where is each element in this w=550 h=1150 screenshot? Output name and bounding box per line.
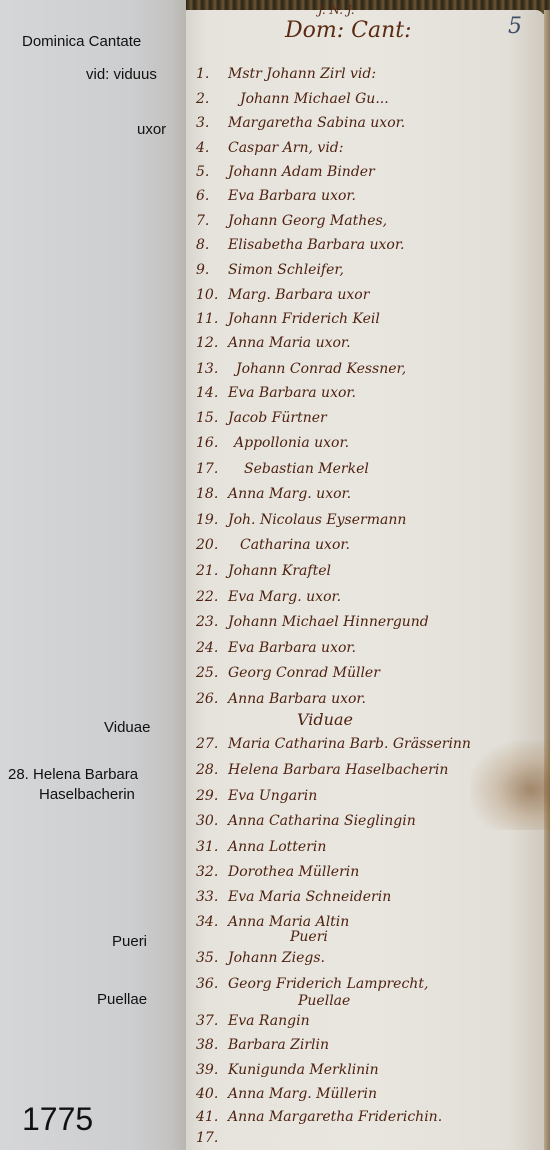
- entry-number: 13.: [196, 361, 228, 377]
- entry-text: Eva Ungarin: [228, 788, 317, 804]
- entry-number: 12.: [196, 335, 228, 351]
- entry-text: Eva Rangin: [228, 1013, 310, 1029]
- entry-text: Anna Lotterin: [228, 839, 326, 855]
- entry-text: Johann Adam Binder: [228, 164, 375, 180]
- list-item: 17.Sebastian Merkel: [196, 461, 369, 477]
- annotation-title: Dominica Cantate: [22, 33, 141, 50]
- manuscript-top-mark: J. N. J.: [318, 3, 355, 17]
- list-item: 32.Dorothea Müllerin: [196, 864, 359, 880]
- entry-number: 17.: [196, 1130, 228, 1146]
- entry-number: 22.: [196, 589, 228, 605]
- list-item: 10.Marg. Barbara uxor: [196, 287, 369, 303]
- entry-number: 26.: [196, 691, 228, 707]
- entry-number: 34.: [196, 914, 228, 930]
- list-item: 15.Jacob Fürtner: [196, 410, 327, 426]
- entry-number: 41.: [196, 1109, 228, 1125]
- entry-number: 33.: [196, 889, 228, 905]
- list-item: 22.Eva Marg. uxor.: [196, 589, 341, 605]
- entry-number: 36.: [196, 976, 228, 992]
- section-viduae: Viduae: [297, 710, 353, 729]
- entry-text: Margaretha Sabina uxor.: [228, 115, 405, 131]
- list-item: 23.Johann Michael Hinnergund: [196, 614, 429, 630]
- list-item: 17.: [196, 1130, 228, 1146]
- entry-number: 3.: [196, 115, 228, 131]
- list-item: 21.Johann Kraftel: [196, 563, 331, 579]
- entry-text: Georg Friderich Lamprecht,: [228, 976, 428, 992]
- entry-number: 6.: [196, 188, 228, 204]
- list-item: 40.Anna Marg. Müllerin: [196, 1086, 377, 1102]
- entry-text: Barbara Zirlin: [228, 1037, 329, 1053]
- entry-text: Anna Maria uxor.: [228, 335, 351, 351]
- entry-text: Helena Barbara Haselbacherin: [228, 762, 448, 778]
- entry-text: Johann Ziegs.: [228, 950, 325, 966]
- list-item: 11.Johann Friderich Keil: [196, 311, 380, 327]
- entry-number: 40.: [196, 1086, 228, 1102]
- list-item: 5.Johann Adam Binder: [196, 164, 375, 180]
- entry-text: Eva Barbara uxor.: [228, 385, 356, 401]
- list-item: 7.Johann Georg Mathes,: [196, 213, 387, 229]
- list-item: 38.Barbara Zirlin: [196, 1037, 329, 1053]
- entry-text: Johann Michael Hinnergund: [228, 614, 429, 630]
- list-item: 3.Margaretha Sabina uxor.: [196, 115, 405, 131]
- list-item: 33.Eva Maria Schneiderin: [196, 889, 391, 905]
- list-item: 26.Anna Barbara uxor.: [196, 691, 366, 707]
- entry-number: 21.: [196, 563, 228, 579]
- entry-number: 35.: [196, 950, 228, 966]
- list-item: 6.Eva Barbara uxor.: [196, 188, 356, 204]
- entry-text: Marg. Barbara uxor: [228, 287, 369, 303]
- entry-text: Appollonia uxor.: [228, 435, 349, 451]
- entry-number: 19.: [196, 512, 228, 528]
- entry-number: 38.: [196, 1037, 228, 1053]
- entry-number: 23.: [196, 614, 228, 630]
- entry-text: Simon Schleifer,: [228, 262, 344, 278]
- list-item: 13.Johann Conrad Kessner,: [196, 361, 406, 377]
- entry-text: Anna Margaretha Friderichin.: [228, 1109, 442, 1125]
- annotation-entry28-line2: Haselbacherin: [39, 786, 135, 803]
- manuscript-heading: Dom: Cant:: [285, 18, 412, 43]
- list-item: 25.Georg Conrad Müller: [196, 665, 380, 681]
- list-item: 35.Johann Ziegs.: [196, 950, 325, 966]
- list-item: 37.Eva Rangin: [196, 1013, 310, 1029]
- annotation-puellae: Puellae: [97, 991, 147, 1008]
- section-pueri: Pueri: [290, 929, 328, 945]
- list-item: 1.Mstr Johann Zirl vid:: [196, 66, 376, 82]
- entry-number: 2.: [196, 91, 228, 107]
- entry-text: Anna Marg. Müllerin: [228, 1086, 377, 1102]
- annotation-uxor: uxor: [137, 121, 166, 138]
- list-item: 31.Anna Lotterin: [196, 839, 326, 855]
- entry-text: Anna Barbara uxor.: [228, 691, 366, 707]
- list-item: 19.Joh. Nicolaus Eysermann: [196, 512, 406, 528]
- entry-text: Johann Kraftel: [228, 563, 331, 579]
- entry-text: Johann Michael Gu...: [228, 91, 389, 107]
- section-puellae: Puellae: [298, 993, 350, 1009]
- annotation-viduae: Viduae: [104, 719, 150, 736]
- entry-number: 17.: [196, 461, 228, 477]
- entry-text: Dorothea Müllerin: [228, 864, 359, 880]
- annotation-year: 1775: [22, 1101, 93, 1138]
- list-item: 29.Eva Ungarin: [196, 788, 317, 804]
- entry-text: Mstr Johann Zirl vid:: [228, 66, 376, 82]
- list-item: 2.Johann Michael Gu...: [196, 91, 389, 107]
- entry-text: Sebastian Merkel: [228, 461, 369, 477]
- entry-text: Maria Catharina Barb. Grässerinn: [228, 736, 471, 752]
- list-item: 27.Maria Catharina Barb. Grässerinn: [196, 736, 471, 752]
- entry-text: Elisabetha Barbara uxor.: [228, 237, 404, 253]
- entry-text: Johann Georg Mathes,: [228, 213, 387, 229]
- entry-text: Eva Barbara uxor.: [228, 188, 356, 204]
- entry-text: Catharina uxor.: [228, 537, 350, 553]
- entry-number: 37.: [196, 1013, 228, 1029]
- entry-text: Anna Catharina Sieglingin: [228, 813, 416, 829]
- list-item: 9.Simon Schleifer,: [196, 262, 344, 278]
- annotation-entry28-line1: 28. Helena Barbara: [8, 766, 138, 783]
- entry-text: Caspar Arn, vid:: [228, 140, 343, 156]
- entry-number: 9.: [196, 262, 228, 278]
- entry-number: 39.: [196, 1062, 228, 1078]
- entry-number: 11.: [196, 311, 228, 327]
- entry-number: 20.: [196, 537, 228, 553]
- list-item: 39.Kunigunda Merklinin: [196, 1062, 379, 1078]
- entry-number: 10.: [196, 287, 228, 303]
- entry-number: 18.: [196, 486, 228, 502]
- entry-text: Johann Conrad Kessner,: [228, 361, 406, 377]
- entry-text: Johann Friderich Keil: [228, 311, 380, 327]
- list-item: 4.Caspar Arn, vid:: [196, 140, 343, 156]
- page-edge: [544, 10, 550, 1150]
- entry-number: 16.: [196, 435, 228, 451]
- entry-text: Georg Conrad Müller: [228, 665, 380, 681]
- list-item: 14.Eva Barbara uxor.: [196, 385, 356, 401]
- list-item: 30.Anna Catharina Sieglingin: [196, 813, 416, 829]
- entry-text: Eva Barbara uxor.: [228, 640, 356, 656]
- entry-number: 29.: [196, 788, 228, 804]
- entry-number: 8.: [196, 237, 228, 253]
- list-item: 24.Eva Barbara uxor.: [196, 640, 356, 656]
- left-page-annotation-panel: [0, 0, 186, 1150]
- entry-text: Eva Marg. uxor.: [228, 589, 341, 605]
- entry-text: Anna Maria Altin: [228, 914, 349, 930]
- list-item: 36.Georg Friderich Lamprecht,: [196, 976, 428, 992]
- list-item: 18.Anna Marg. uxor.: [196, 486, 351, 502]
- list-item: 41.Anna Margaretha Friderichin.: [196, 1109, 442, 1125]
- page-number: 5: [508, 14, 522, 39]
- entry-number: 1.: [196, 66, 228, 82]
- entry-text: Kunigunda Merklinin: [228, 1062, 379, 1078]
- entry-text: Anna Marg. uxor.: [228, 486, 351, 502]
- annotation-pueri: Pueri: [112, 933, 147, 950]
- entry-number: 5.: [196, 164, 228, 180]
- entry-number: 15.: [196, 410, 228, 426]
- entry-number: 27.: [196, 736, 228, 752]
- entry-number: 31.: [196, 839, 228, 855]
- list-item: 28.Helena Barbara Haselbacherin: [196, 762, 448, 778]
- list-item: 34.Anna Maria Altin: [196, 914, 349, 930]
- entry-number: 4.: [196, 140, 228, 156]
- list-item: 16.Appollonia uxor.: [196, 435, 349, 451]
- entry-text: Joh. Nicolaus Eysermann: [228, 512, 406, 528]
- entry-number: 24.: [196, 640, 228, 656]
- entry-number: 14.: [196, 385, 228, 401]
- entry-number: 28.: [196, 762, 228, 778]
- water-stain: [470, 740, 550, 830]
- entry-text: Jacob Fürtner: [228, 410, 327, 426]
- entry-number: 32.: [196, 864, 228, 880]
- entry-number: 30.: [196, 813, 228, 829]
- list-item: 12.Anna Maria uxor.: [196, 335, 351, 351]
- list-item: 8.Elisabetha Barbara uxor.: [196, 237, 404, 253]
- entry-text: Eva Maria Schneiderin: [228, 889, 391, 905]
- list-item: 20.Catharina uxor.: [196, 537, 350, 553]
- entry-number: 25.: [196, 665, 228, 681]
- annotation-vid: vid: viduus: [86, 66, 157, 83]
- entry-number: 7.: [196, 213, 228, 229]
